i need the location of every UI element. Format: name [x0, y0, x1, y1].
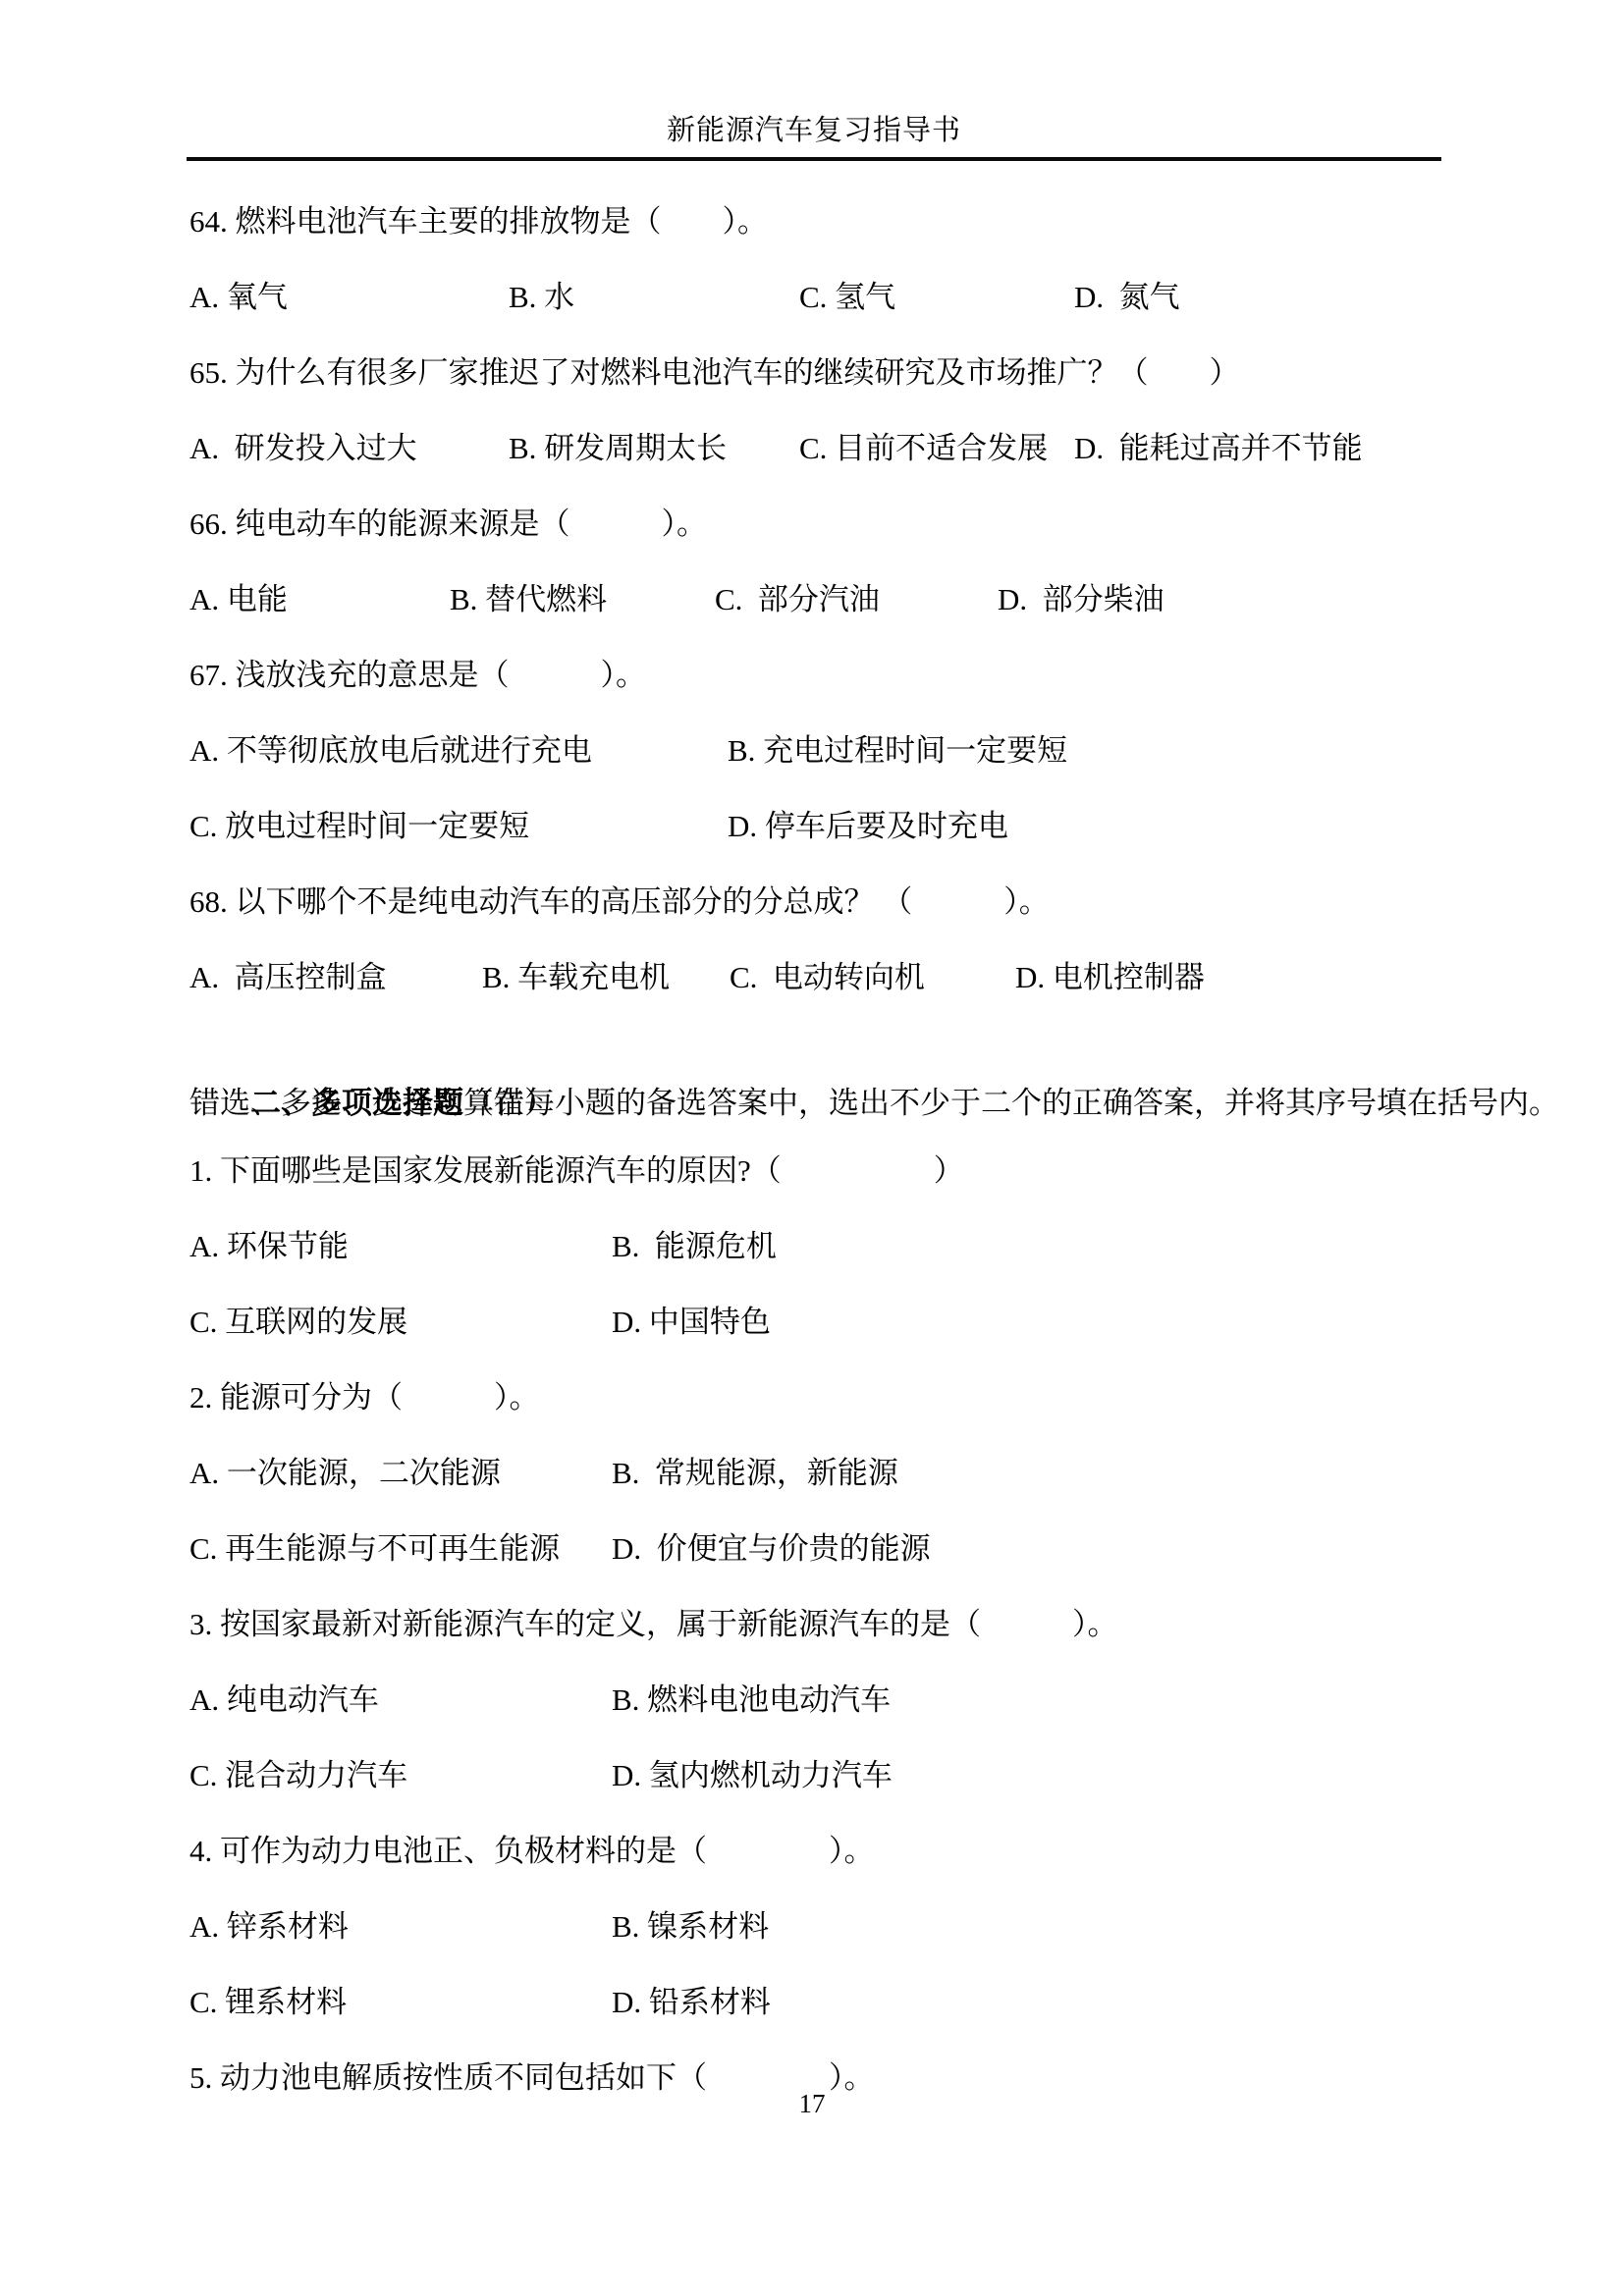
question-m3-options-row-2: C. 混合动力汽车 D. 氢内燃机动力汽车: [189, 1737, 1441, 1813]
page-footer: 17: [0, 2089, 1624, 2119]
option-65-a: A. 研发投入过大: [189, 410, 509, 486]
question-65-options: A. 研发投入过大 B. 研发周期太长 C. 目前不适合发展 D. 能耗过高并不…: [189, 410, 1441, 486]
option-m4-a: A. 锌系材料: [189, 1889, 612, 1964]
question-67-stem: 67. 浅放浅充的意思是（ ）。: [189, 637, 1441, 713]
page-content: 64. 燃料电池汽车主要的排放物是（ ）。 A. 氧气 B. 水 C. 氢气 D…: [189, 184, 1441, 2115]
question-m4-options-row-2: C. 锂系材料 D. 铅系材料: [189, 1964, 1441, 2040]
option-m3-b: B. 燃料电池电动汽车: [612, 1662, 1441, 1737]
question-68-stem: 68. 以下哪个不是纯电动汽车的高压部分的分总成？ （ ）。: [189, 864, 1441, 939]
document-title: 新能源汽车复习指导书: [667, 108, 961, 148]
option-m4-c: C. 锂系材料: [189, 1964, 612, 2040]
question-m2-options-row-2: C. 再生能源与不可再生能源 D. 价便宜与价贵的能源: [189, 1511, 1441, 1586]
question-65-stem: 65. 为什么有很多厂家推迟了对燃料电池汽车的继续研究及市场推广？（ ）: [189, 335, 1441, 410]
question-m4-options-row-1: A. 锌系材料 B. 镍系材料: [189, 1889, 1441, 1964]
option-64-c: C. 氢气: [799, 259, 1074, 335]
option-65-c: C. 目前不适合发展: [799, 410, 1074, 486]
question-67-options-row-1: A. 不等彻底放电后就进行充电 B. 充电过程时间一定要短: [189, 713, 1441, 788]
option-68-a: A. 高压控制盒: [189, 939, 482, 1015]
option-m4-b: B. 镍系材料: [612, 1889, 1441, 1964]
option-m4-d: D. 铅系材料: [612, 1964, 1441, 2040]
question-64-options: A. 氧气 B. 水 C. 氢气 D. 氮气: [189, 259, 1441, 335]
question-m1-options-row-2: C. 互联网的发展 D. 中国特色: [189, 1284, 1441, 1360]
option-64-d: D. 氮气: [1074, 259, 1441, 335]
question-m2-stem: 2. 能源可分为（ ）。: [189, 1360, 1441, 1435]
question-68-options: A. 高压控制盒 B. 车载充电机 C. 电动转向机 D. 电机控制器: [189, 939, 1441, 1015]
option-66-b: B. 替代燃料: [450, 561, 715, 637]
question-m3-options-row-1: A. 纯电动汽车 B. 燃料电池电动汽车: [189, 1662, 1441, 1737]
option-m2-d: D. 价便宜与价贵的能源: [612, 1511, 1441, 1586]
option-67-c: C. 放电过程时间一定要短: [189, 788, 728, 864]
option-67-a: A. 不等彻底放电后就进行充电: [189, 713, 728, 788]
option-m3-a: A. 纯电动汽车: [189, 1662, 612, 1737]
option-66-c: C. 部分汽油: [715, 561, 998, 637]
option-m2-b: B. 常规能源，新能源: [612, 1435, 1441, 1511]
option-68-c: C. 电动转向机: [730, 939, 1015, 1015]
option-m1-b: B. 能源危机: [612, 1208, 1441, 1284]
question-m3-stem: 3. 按国家最新对新能源汽车的定义，属于新能源汽车的是（ ）。: [189, 1586, 1441, 1662]
part2-section-heading: 二、多项选择题（在每小题的备选答案中，选出不少于二个的正确答案，并将其序号填在括…: [189, 1015, 1441, 1133]
option-65-b: B. 研发周期太长: [509, 410, 799, 486]
question-67-options-row-2: C. 放电过程时间一定要短 D. 停车后要及时充电: [189, 788, 1441, 864]
question-m1-options-row-1: A. 环保节能 B. 能源危机: [189, 1208, 1441, 1284]
question-m4-stem: 4. 可作为动力电池正、负极材料的是（ ）。: [189, 1813, 1441, 1889]
option-m2-c: C. 再生能源与不可再生能源: [189, 1511, 612, 1586]
page-number: 17: [799, 2089, 826, 2118]
option-m3-d: D. 氢内燃机动力汽车: [612, 1737, 1441, 1813]
question-m2-options-row-1: A. 一次能源，二次能源 B. 常规能源，新能源: [189, 1435, 1441, 1511]
part2-heading-line-1: 二、多项选择题（在每小题的备选答案中，选出不少于二个的正确答案，并将其序号填在括…: [189, 1015, 1441, 1074]
part2-heading-instructions: （在每小题的备选答案中，选出不少于二个的正确答案，并将其序号填在括号内。: [463, 1086, 1559, 1120]
question-66-options: A. 电能 B. 替代燃料 C. 部分汽油 D. 部分柴油: [189, 561, 1441, 637]
option-68-b: B. 车载充电机: [482, 939, 730, 1015]
question-m1-stem: 1. 下面哪些是国家发展新能源汽车的原因?（ ）: [189, 1133, 1441, 1208]
option-66-a: A. 电能: [189, 561, 450, 637]
option-64-a: A. 氧气: [189, 259, 509, 335]
option-m1-c: C. 互联网的发展: [189, 1284, 612, 1360]
option-67-d: D. 停车后要及时充电: [728, 788, 1441, 864]
option-66-d: D. 部分柴油: [998, 561, 1441, 637]
option-64-b: B. 水: [509, 259, 799, 335]
option-68-d: D. 电机控制器: [1015, 939, 1441, 1015]
option-m3-c: C. 混合动力汽车: [189, 1737, 612, 1813]
option-67-b: B. 充电过程时间一定要短: [728, 713, 1441, 788]
option-m1-a: A. 环保节能: [189, 1208, 612, 1284]
option-65-d: D. 能耗过高并不节能: [1074, 410, 1441, 486]
question-64-stem: 64. 燃料电池汽车主要的排放物是（ ）。: [189, 184, 1441, 259]
question-66-stem: 66. 纯电动车的能源来源是（ ）。: [189, 486, 1441, 561]
option-m1-d: D. 中国特色: [612, 1284, 1441, 1360]
document-page: 新能源汽车复习指导书 64. 燃料电池汽车主要的排放物是（ ）。 A. 氧气 B…: [0, 0, 1624, 2296]
option-m2-a: A. 一次能源，二次能源: [189, 1435, 612, 1511]
page-header: 新能源汽车复习指导书: [187, 0, 1441, 161]
